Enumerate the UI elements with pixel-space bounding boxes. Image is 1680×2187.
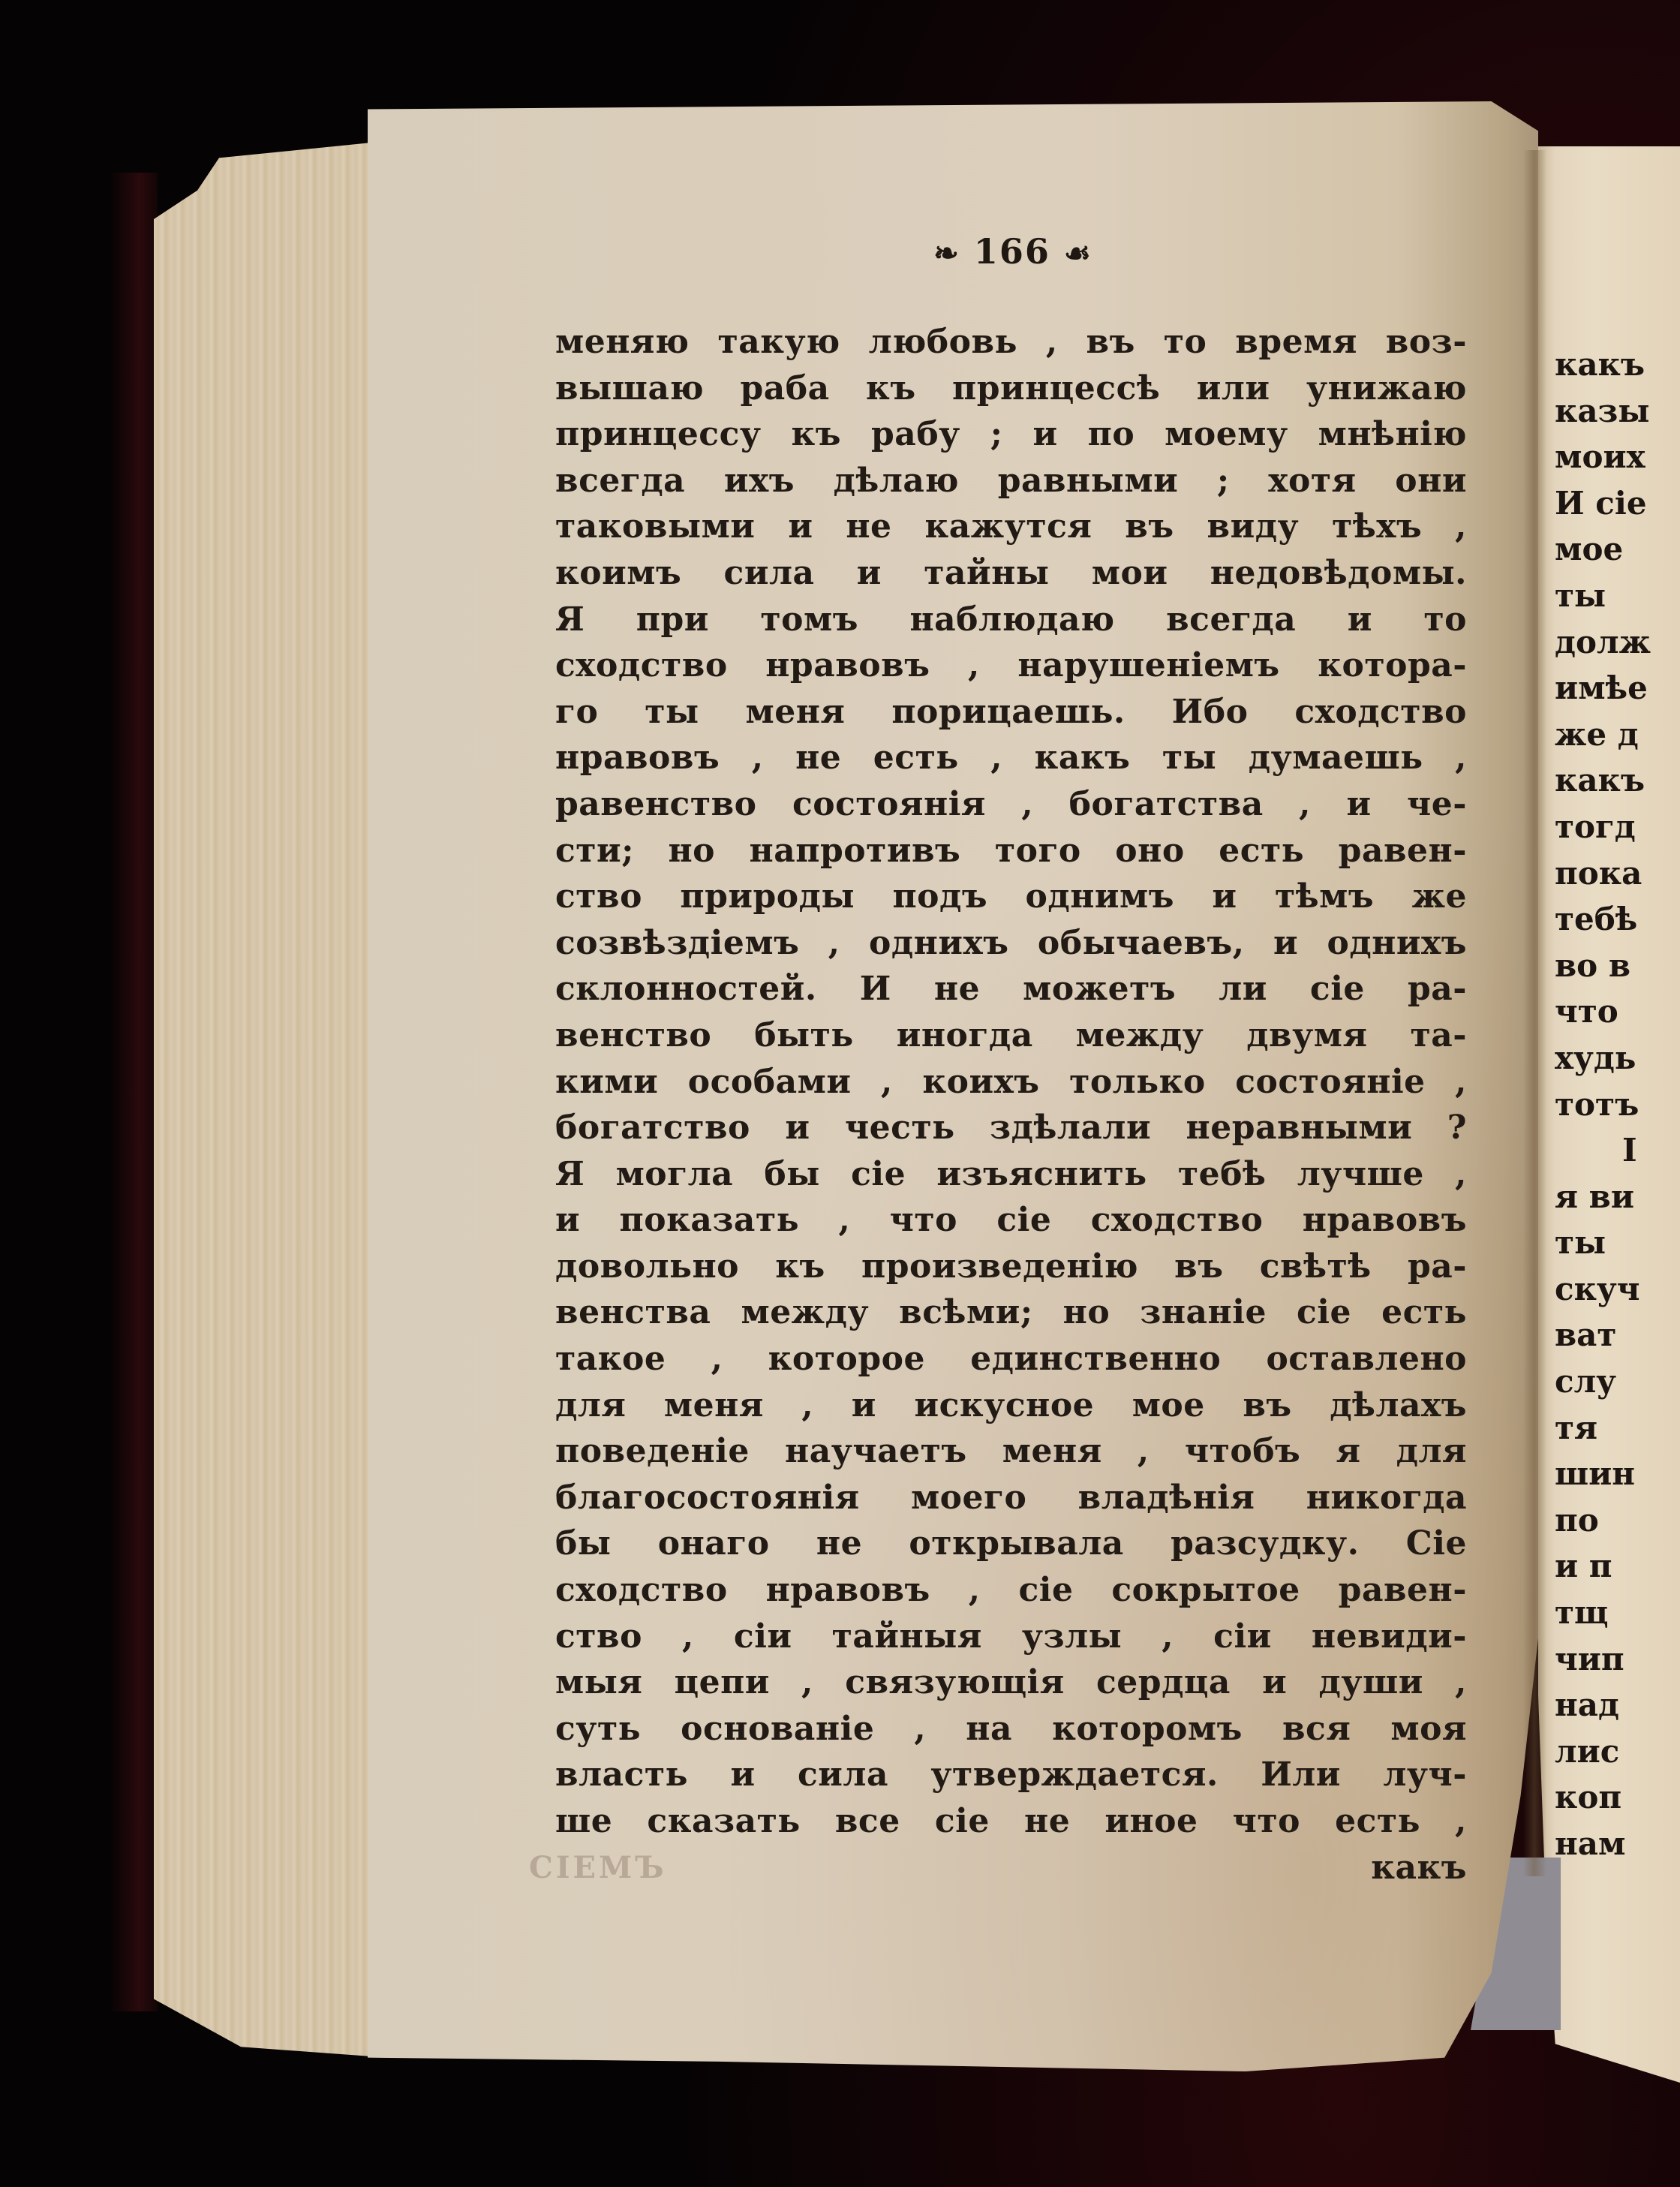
text-line: склонностей. И не можетъ ли сіе ра- [555, 966, 1467, 1012]
text-line: кими особами , коихъ только состояніе , [555, 1059, 1467, 1106]
text-line-fragment: тя [1555, 1405, 1680, 1451]
ornament-left-icon: ❧ [933, 236, 960, 271]
text-line-fragment: и п [1555, 1543, 1680, 1590]
text-line-fragment: во в [1555, 943, 1680, 989]
text-line-fragment: ты [1555, 1220, 1680, 1266]
text-line: Я при томъ наблюдаю всегда и то [555, 597, 1467, 643]
text-line-fragment: казы [1555, 388, 1680, 435]
text-line-fragment: слу [1555, 1358, 1680, 1405]
text-line: бы онаго не открывала разсудку. Сіе [555, 1521, 1467, 1567]
text-line: Я могла бы сіе изъяснить тебѣ лучше , [555, 1151, 1467, 1198]
page-number: 166 [974, 231, 1050, 272]
text-line: го ты меня порицаешь. Ибо сходство [555, 689, 1467, 736]
text-line-fragment: же д [1555, 711, 1680, 758]
text-line: такое , которое единственно оставлено [555, 1336, 1467, 1382]
text-line: меняю такую любовь , въ то время воз- [555, 319, 1467, 366]
text-line: равенство состоянія , богатства , и че- [555, 781, 1467, 828]
right-page-text-fragment: какъказымоихИ сіемоетыдолжимѣеже дкакъто… [1555, 341, 1680, 1867]
text-line: вышаю раба къ принцессѣ или унижаю [555, 366, 1467, 412]
gutter-shadow [1523, 150, 1546, 1876]
ornament-right-icon: ☙ [1064, 236, 1092, 271]
book-cover-edge [113, 173, 158, 2011]
text-line-fragment: нам [1555, 1821, 1680, 1867]
text-line-fragment: имѣе [1555, 665, 1680, 711]
text-line: довольно къ произведенію въ свѣтѣ ра- [555, 1244, 1467, 1290]
text-line-fragment: лис [1555, 1728, 1680, 1775]
text-line: и показать , что сіе сходство нравовъ [555, 1197, 1467, 1244]
text-line-fragment: моих [1555, 434, 1680, 480]
text-line-fragment: над [1555, 1682, 1680, 1728]
text-line-fragment: по [1555, 1497, 1680, 1544]
text-line: всегда ихъ дѣлаю равными ; хотя они [555, 458, 1467, 504]
text-line: ство , сіи тайныя узлы , сіи невиди- [555, 1614, 1467, 1660]
text-line: благосостоянія моего владѣнія никогда [555, 1475, 1467, 1521]
text-line-fragment: ты [1555, 573, 1680, 619]
text-line-fragment: чип [1555, 1636, 1680, 1683]
text-line-fragment: коп [1555, 1774, 1680, 1821]
text-line-fragment: мое [1555, 526, 1680, 573]
text-line: богатство и честь здѣлали неравными ? [555, 1105, 1467, 1151]
text-line-fragment: худь [1555, 1035, 1680, 1081]
text-line-fragment: какъ [1555, 757, 1680, 804]
text-line: венство быть иногда между двумя та- [555, 1012, 1467, 1059]
text-line: принцессу къ рабу ; и по моему мнѣнію [555, 411, 1467, 458]
text-line: созвѣздіемъ , однихъ обычаевъ, и однихъ [555, 920, 1467, 967]
text-line-fragment: что [1555, 988, 1680, 1035]
text-line: коимъ сила и тайны мои недовѣдомы. [555, 550, 1467, 597]
left-page-text: меняю такую любовь , въ то время воз-выш… [555, 319, 1467, 1891]
text-line: венства между всѣми; но знаніе сіе есть [555, 1289, 1467, 1336]
text-line-fragment: тщ [1555, 1590, 1680, 1636]
bleed-through-text: СІЕМЪ [529, 1850, 667, 1885]
page-block-fore-edge [154, 143, 371, 2056]
text-line: сходство нравовъ , нарушеніемъ котора- [555, 642, 1467, 689]
text-line: сходство нравовъ , сіе сокрытое равен- [555, 1567, 1467, 1614]
text-line-fragment: тебѣ [1555, 896, 1680, 943]
catchword: какъ [555, 1845, 1467, 1891]
text-line-fragment: пока [1555, 850, 1680, 897]
text-line: для меня , и искусное мое въ дѣлахъ [555, 1382, 1467, 1429]
text-line-fragment: я ви [1555, 1174, 1680, 1220]
text-line-fragment: I [1555, 1127, 1680, 1174]
text-line: ство природы подъ однимъ и тѣмъ же [555, 874, 1467, 920]
text-line-fragment: какъ [1555, 341, 1680, 388]
text-line: сти; но напротивъ того оно есть равен- [555, 828, 1467, 874]
text-line-fragment: ват [1555, 1312, 1680, 1358]
text-line-fragment: шин [1555, 1451, 1680, 1497]
text-line-fragment: тогд [1555, 804, 1680, 850]
text-line: ше сказать все сіе не иное что есть , [555, 1798, 1467, 1845]
text-line: поведеніе научаетъ меня , чтобъ я для [555, 1428, 1467, 1475]
text-line: нравовъ , не есть , какъ ты думаешь , [555, 735, 1467, 781]
text-line-fragment: скуч [1555, 1266, 1680, 1313]
text-line: таковыми и не кажутся въ виду тѣхъ , [555, 504, 1467, 550]
text-line-fragment: тотъ [1555, 1081, 1680, 1128]
text-line-fragment: долж [1555, 619, 1680, 666]
text-line: суть основаніе , на которомъ вся моя [555, 1706, 1467, 1752]
page-header: ❧ 166 ☙ [893, 231, 1133, 272]
text-line: мыя цепи , связующія сердца и души , [555, 1659, 1467, 1706]
text-line-fragment: И сіе [1555, 480, 1680, 527]
text-line: власть и сила утверждается. Или луч- [555, 1752, 1467, 1798]
